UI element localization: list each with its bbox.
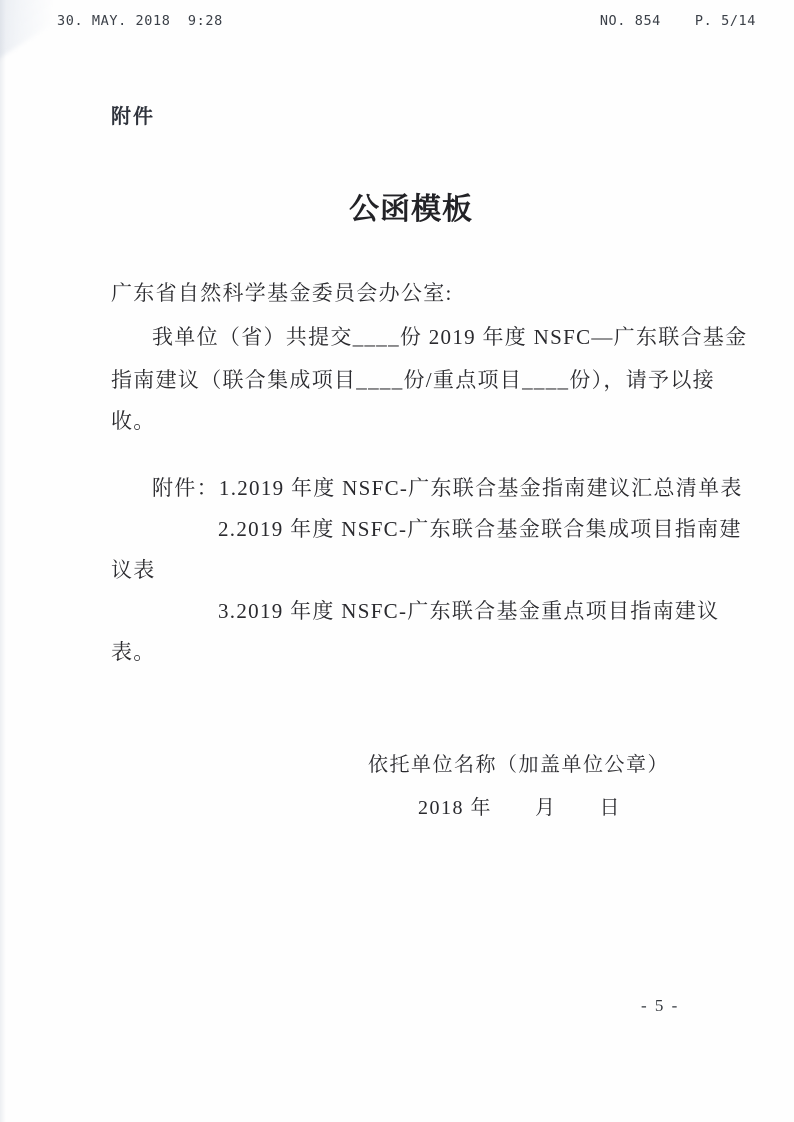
page-number: - 5 - bbox=[641, 996, 679, 1016]
salutation-line: 广东省自然科学基金委员会办公室: bbox=[111, 277, 453, 307]
scan-corner-artifact bbox=[0, 0, 90, 64]
fax-page-info: NO. 854 P. 5/14 bbox=[600, 13, 756, 29]
body-line-1: 我单位（省）共提交____份 2019 年度 NSFC—广东联合基金 bbox=[152, 321, 747, 351]
fax-timestamp: 30. MAY. 2018 9:28 bbox=[57, 13, 223, 29]
attachment-list-line-2: 2.2019 年度 NSFC-广东联合基金联合集成项目指南建 bbox=[218, 513, 742, 543]
attachment-list-line-4: 3.2019 年度 NSFC-广东联合基金重点项目指南建议 bbox=[218, 595, 719, 625]
attachment-list-line-5: 表。 bbox=[111, 636, 156, 666]
scanned-fax-page: 30. MAY. 2018 9:28 NO. 854 P. 5/14 附件 公函… bbox=[0, 0, 794, 1122]
fax-header: 30. MAY. 2018 9:28 NO. 854 P. 5/14 bbox=[0, 13, 794, 29]
body-line-3: 收。 bbox=[111, 405, 156, 435]
signature-org-line: 依托单位名称（加盖单位公章） bbox=[368, 748, 669, 777]
signature-date-line: 2018 年 月 日 bbox=[418, 791, 621, 820]
fax-page-fraction: P. 5/14 bbox=[695, 13, 756, 29]
scan-left-edge-artifact bbox=[0, 0, 6, 1122]
body-line-2: 指南建议（联合集成项目____份/重点项目____份），请予以接 bbox=[111, 364, 715, 394]
attachment-list-line-3: 议表 bbox=[111, 554, 156, 584]
fax-doc-number: NO. 854 bbox=[600, 13, 661, 29]
attachment-label: 附件 bbox=[111, 100, 155, 129]
letter-title: 公函模板 bbox=[0, 184, 794, 228]
attachment-list-line-1: 附件：1.2019 年度 NSFC-广东联合基金指南建议汇总清单表 bbox=[152, 472, 743, 502]
